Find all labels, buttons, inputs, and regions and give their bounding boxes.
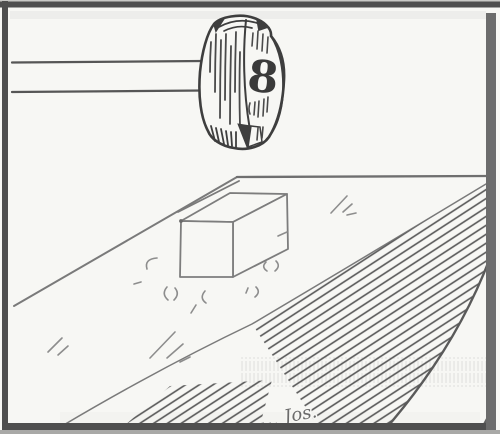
comic-panel: 8 Jos. <box>0 0 500 434</box>
frame-bottom <box>2 423 496 430</box>
wood-knot-8: 8 <box>245 51 281 105</box>
frame-top <box>0 2 500 8</box>
panel-drawing: 8 Jos. <box>0 0 500 434</box>
frame-left <box>2 1 8 433</box>
block-corner-mark <box>179 219 183 223</box>
block-front-face <box>180 221 233 277</box>
bench-back-edge <box>237 176 487 177</box>
right-edge-bar <box>486 13 496 430</box>
frame-top-outer <box>0 0 500 2</box>
mallet-head: 8 <box>199 16 284 149</box>
frame-bottom-shadow <box>0 430 500 434</box>
